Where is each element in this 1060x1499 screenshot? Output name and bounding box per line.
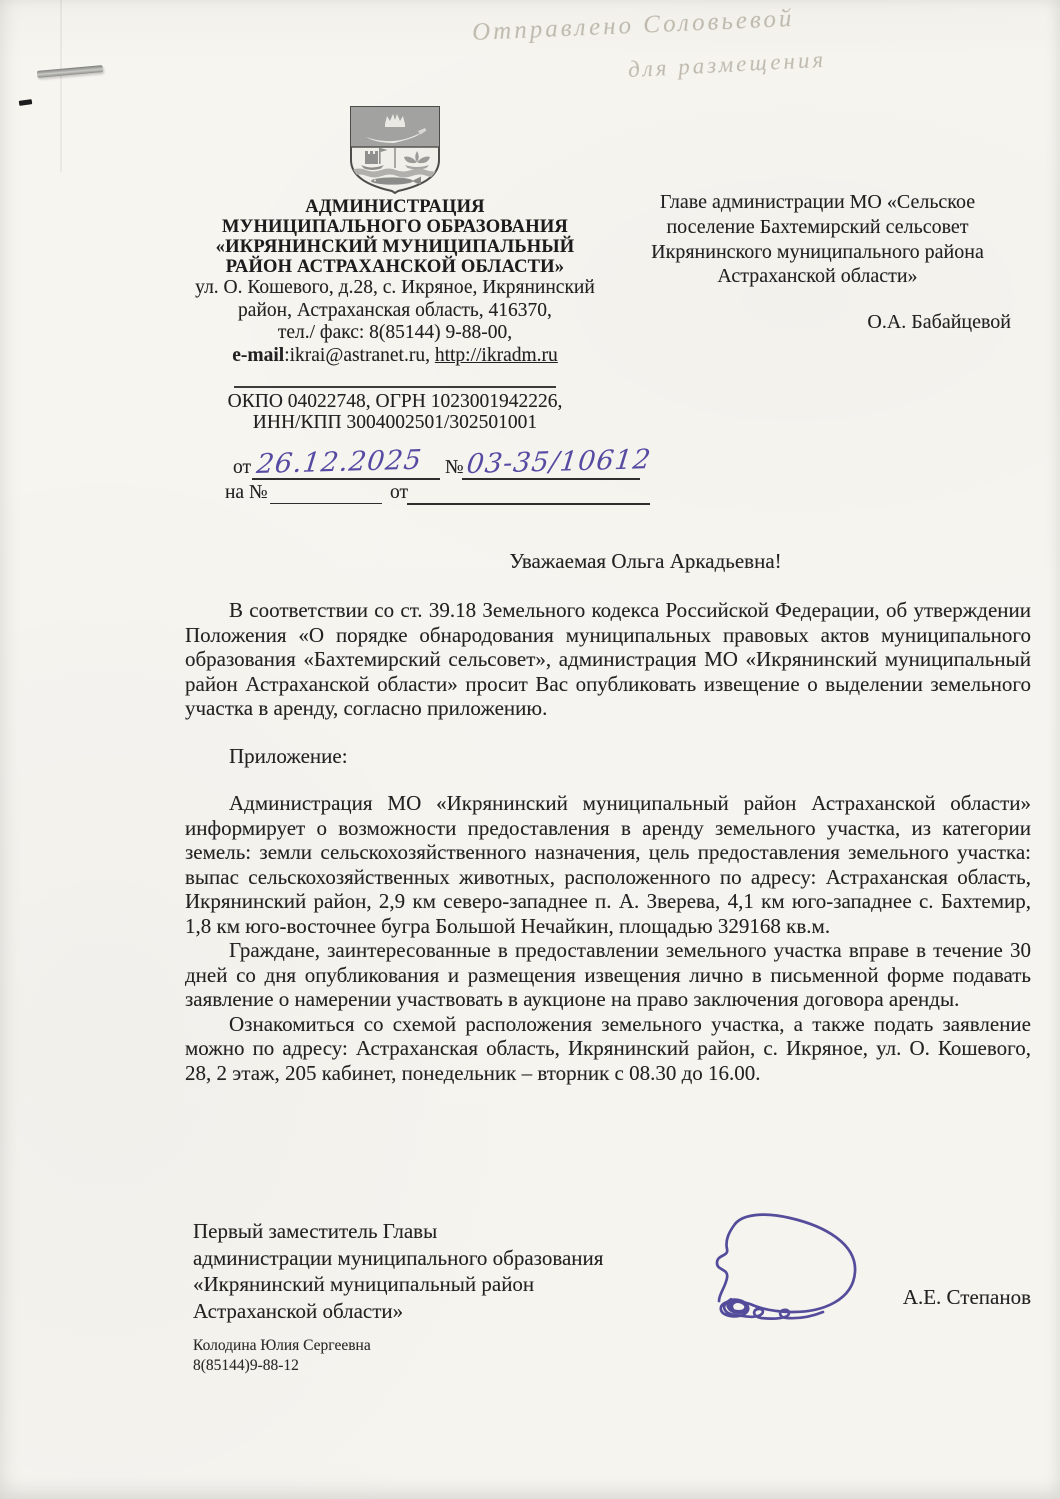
coat-of-arms-icon	[348, 104, 442, 194]
ink-mark	[19, 99, 33, 106]
attachment-label: Приложение:	[185, 744, 1031, 769]
email-value: :ikrai@astranet.ru,	[284, 345, 430, 366]
signer-name: А.Е. Степанов	[855, 1285, 1031, 1310]
signer-position-line: администрации муниципального образования	[193, 1245, 713, 1272]
recipient-line: Главе администрации МО «Сельское	[610, 190, 1025, 215]
letterhead-divider	[234, 386, 556, 388]
date-label: от	[233, 457, 251, 479]
recipient-line: Астраханской области»	[610, 264, 1025, 289]
org-name-line: «ИКРЯНИНСКИЙ МУНИЦИПАЛЬНЫЙ	[185, 237, 605, 257]
recipient-line: Икрянинского муниципального района	[610, 240, 1025, 265]
body-paragraph-4: Ознакомиться со схемой расположения земе…	[185, 1012, 1031, 1086]
body-paragraph-1: В соответствии со ст. 39.18 Земельного к…	[185, 598, 1031, 721]
reply-date-label: от	[390, 482, 408, 504]
org-name-line: АДМИНИСТРАЦИЯ	[185, 197, 605, 217]
body-paragraph-2: Администрация МО «Икрянинский муниципаль…	[185, 791, 1031, 938]
letterhead: АДМИНИСТРАЦИЯ МУНИЦИПАЛЬНОГО ОБРАЗОВАНИЯ…	[185, 104, 605, 433]
staple-mark	[37, 65, 103, 78]
org-name-line: РАЙОН АСТРАХАНСКОЙ ОБЛАСТИ»	[185, 257, 605, 277]
scan-crease	[60, 0, 62, 172]
recipient-block: Главе администрации МО «Сельское поселен…	[610, 190, 1025, 335]
org-website: http://ikradm.ru	[435, 345, 558, 366]
reply-number-field	[270, 480, 382, 504]
org-registration-line: ИНН/КПП 3004002501/302501001	[185, 412, 605, 433]
email-label: e-mail	[232, 345, 284, 366]
pencil-note-line1: Отправлено Соловьевой	[472, 5, 795, 47]
executor-name: Колодина Юлия Сергеевна	[193, 1336, 371, 1356]
signature-autograph	[705, 1212, 875, 1322]
handwritten-number: 03-35/10612	[465, 444, 653, 480]
executor-block: Колодина Юлия Сергеевна 8(85144)9-88-12	[193, 1336, 371, 1375]
letter-body: Уважаемая Ольга Аркадьевна! В соответств…	[185, 549, 1031, 1085]
executor-phone: 8(85144)9-88-12	[193, 1356, 371, 1376]
org-phone-line: тел./ факс: 8(85144) 9-88-00,	[185, 322, 605, 345]
date-field: 26.12.2025	[252, 455, 440, 480]
recipient-name: О.А. Бабайцевой	[610, 310, 1025, 335]
org-registration-line: ОКПО 04022748, ОГРН 1023001942226,	[185, 391, 605, 412]
scanned-letter-page: Отправлено Соловьевой для размещения	[0, 0, 1060, 1499]
number-label: №	[445, 457, 464, 479]
signer-position-line: Первый заместитель Главы	[193, 1218, 713, 1245]
number-field: 03-35/10612	[462, 455, 640, 480]
pencil-note-line2: для размещения	[627, 47, 826, 83]
org-name-line: МУНИЦИПАЛЬНОГО ОБРАЗОВАНИЯ	[185, 217, 605, 237]
reply-date-field	[407, 480, 650, 505]
signer-position-block: Первый заместитель Главы администрации м…	[193, 1218, 713, 1324]
reply-to-label: на №	[225, 482, 268, 504]
org-email-line: e-mail:ikrai@astranet.ru, http://ikradm.…	[185, 345, 605, 368]
org-address-line: ул. О. Кошевого, д.28, с. Икряное, Икрян…	[185, 277, 605, 300]
body-paragraph-3: Граждане, заинтересованные в предоставле…	[185, 938, 1031, 1012]
handwritten-date: 26.12.2025	[255, 445, 424, 480]
org-address-line: район, Астраханская область, 416370,	[185, 300, 605, 323]
salutation: Уважаемая Ольга Аркадьевна!	[260, 549, 1031, 574]
reference-block: от 26.12.2025 № 03-35/10612 на № от	[225, 455, 685, 513]
signer-position-line: Астраханской области»	[193, 1298, 713, 1325]
recipient-line: поселение Бахтемирский сельсовет	[610, 215, 1025, 240]
signer-position-line: «Икрянинский муниципальный район	[193, 1271, 713, 1298]
